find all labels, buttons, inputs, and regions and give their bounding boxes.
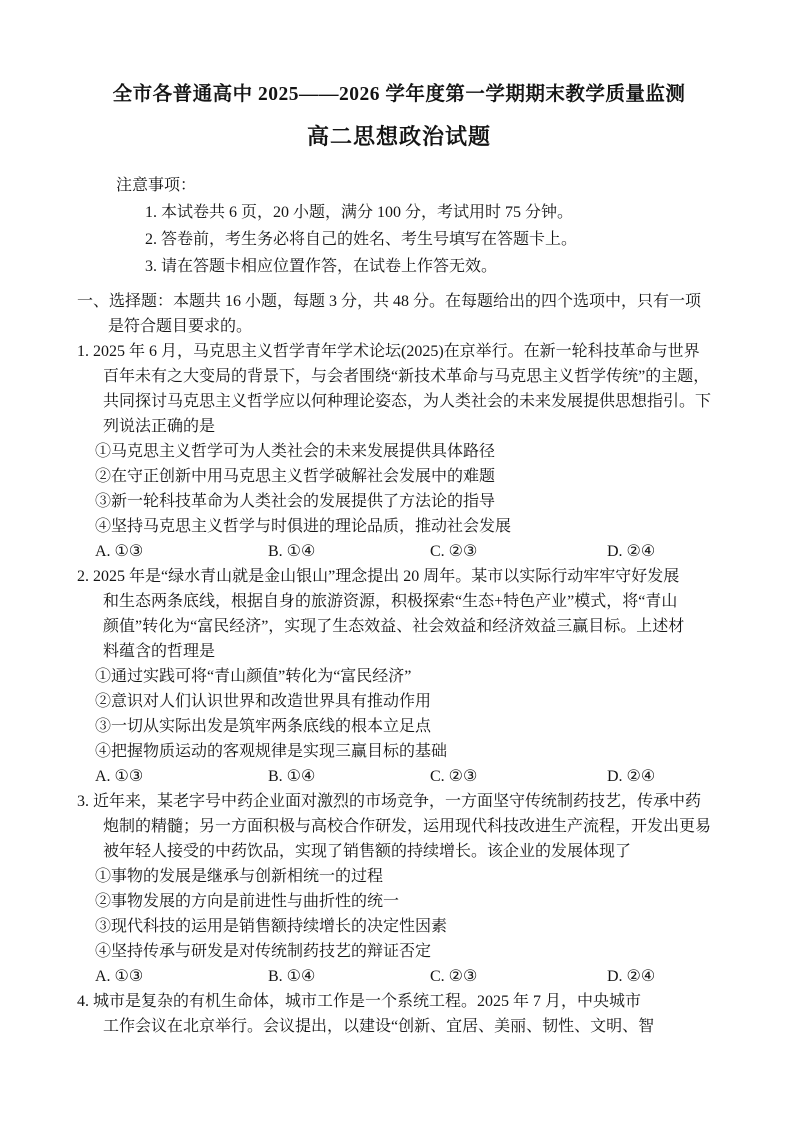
exam-title: 全市各普通高中 2025——2026 学年度第一学期期末教学质量监测 xyxy=(77,84,721,106)
question-1-option-2: ②在守正创新中用马克思主义哲学破解社会发展中的难题 xyxy=(77,464,721,489)
question-2-answer-c: C. ②③ xyxy=(430,764,607,789)
notice-block: 注意事项： 1. 本试卷共 6 页，20 小题，满分 100 分，考试用时 75… xyxy=(77,172,721,280)
question-2-stem-line: 料蕴含的哲理是 xyxy=(77,639,721,664)
question-4: 4. 城市是复杂的有机生命体，城市工作是一个系统工程。2025 年 7 月，中央… xyxy=(77,989,721,1039)
question-3-option-1: ①事物的发展是继承与创新相统一的过程 xyxy=(77,864,721,889)
question-3: 3. 近年来，某老字号中药企业面对激烈的市场竞争，一方面坚守传统制药技艺，传承中… xyxy=(77,789,721,989)
question-1-stem-line: 共同探讨马克思主义哲学应以何种理论姿态，为人类社会的未来发展提供思想指引。下 xyxy=(77,389,721,414)
question-1-option-4: ④坚持马克思主义哲学与时俱进的理论品质，推动社会发展 xyxy=(77,514,721,539)
question-1-option-1: ①马克思主义哲学可为人类社会的未来发展提供具体路径 xyxy=(77,439,721,464)
question-3-stem-line: 被年轻人接受的中药饮品，实现了销售额的持续增长。该企业的发展体现了 xyxy=(77,839,721,864)
question-2-stem-line: 颜值”转化为“富民经济”，实现了生态效益、社会效益和经济效益三赢目标。上述材 xyxy=(77,614,721,639)
question-1-answer-a: A. ①③ xyxy=(95,539,268,564)
notice-heading: 注意事项： xyxy=(77,172,721,199)
notice-item-3: 3. 请在答题卡相应位置作答，在试卷上作答无效。 xyxy=(77,253,721,280)
question-2-answer-b: B. ①④ xyxy=(268,764,430,789)
question-1-option-3: ③新一轮科技革命为人类社会的发展提供了方法论的指导 xyxy=(77,489,721,514)
question-4-stem-line: 工作会议在北京举行。会议提出，以建设“创新、宜居、美丽、韧性、文明、智 xyxy=(77,1014,721,1039)
question-3-answer-b: B. ①④ xyxy=(268,964,430,989)
notice-item-1: 1. 本试卷共 6 页，20 小题，满分 100 分，考试用时 75 分钟。 xyxy=(77,199,721,226)
notice-item-2: 2. 答卷前，考生务必将自己的姓名、考生号填写在答题卡上。 xyxy=(77,226,721,253)
question-2: 2. 2025 年是“绿水青山就是金山银山”理念提出 20 周年。某市以实际行动… xyxy=(77,564,721,789)
section-header-line-2: 是符合题目要求的。 xyxy=(77,314,721,339)
question-4-stem-line: 4. 城市是复杂的有机生命体，城市工作是一个系统工程。2025 年 7 月，中央… xyxy=(77,989,721,1014)
section-header-line-1: 一、选择题：本题共 16 小题，每题 3 分，共 48 分。在每题给出的四个选项… xyxy=(77,289,721,314)
question-1-answer-b: B. ①④ xyxy=(268,539,430,564)
question-1-stem-line: 百年未有之大变局的背景下，与会者围绕“新技术革命与马克思主义哲学传统”的主题， xyxy=(77,364,721,389)
question-2-option-4: ④把握物质运动的客观规律是实现三赢目标的基础 xyxy=(77,739,721,764)
question-body: 一、选择题：本题共 16 小题，每题 3 分，共 48 分。在每题给出的四个选项… xyxy=(77,289,721,1039)
question-3-answer-a: A. ①③ xyxy=(95,964,268,989)
question-3-answer-c: C. ②③ xyxy=(430,964,607,989)
question-1-answer-row: A. ①③ B. ①④ C. ②③ D. ②④ xyxy=(77,539,721,564)
question-1-answer-c: C. ②③ xyxy=(430,539,607,564)
question-3-stem-line: 3. 近年来，某老字号中药企业面对激烈的市场竞争，一方面坚守传统制药技艺，传承中… xyxy=(77,789,721,814)
question-1-stem-line: 1. 2025 年 6 月，马克思主义哲学青年学术论坛(2025)在京举行。在新… xyxy=(77,339,721,364)
question-1-answer-d: D. ②④ xyxy=(607,539,721,564)
exam-subtitle: 高二思想政治试题 xyxy=(77,123,721,151)
question-3-answer-row: A. ①③ B. ①④ C. ②③ D. ②④ xyxy=(77,964,721,989)
question-1: 1. 2025 年 6 月，马克思主义哲学青年学术论坛(2025)在京举行。在新… xyxy=(77,339,721,564)
question-3-answer-d: D. ②④ xyxy=(607,964,721,989)
question-3-stem-line: 炮制的精髓；另一方面积极与高校合作研发，运用现代科技改进生产流程，开发出更易 xyxy=(77,814,721,839)
question-2-answer-a: A. ①③ xyxy=(95,764,268,789)
question-3-option-2: ②事物发展的方向是前进性与曲折性的统一 xyxy=(77,889,721,914)
question-3-option-3: ③现代科技的运用是销售额持续增长的决定性因素 xyxy=(77,914,721,939)
question-2-option-2: ②意识对人们认识世界和改造世界具有推动作用 xyxy=(77,689,721,714)
question-2-option-3: ③一切从实际出发是筑牢两条底线的根本立足点 xyxy=(77,714,721,739)
question-3-option-4: ④坚持传承与研发是对传统制药技艺的辩证否定 xyxy=(77,939,721,964)
exam-paper-page: 全市各普通高中 2025——2026 学年度第一学期期末教学质量监测 高二思想政… xyxy=(0,0,793,1121)
question-2-stem-line: 和生态两条底线，根据自身的旅游资源，积极探索“生态+特色产业”模式，将“青山 xyxy=(77,589,721,614)
question-2-answer-row: A. ①③ B. ①④ C. ②③ D. ②④ xyxy=(77,764,721,789)
question-2-option-1: ①通过实践可将“青山颜值”转化为“富民经济” xyxy=(77,664,721,689)
question-1-stem-line: 列说法正确的是 xyxy=(77,414,721,439)
question-2-stem-line: 2. 2025 年是“绿水青山就是金山银山”理念提出 20 周年。某市以实际行动… xyxy=(77,564,721,589)
question-2-answer-d: D. ②④ xyxy=(607,764,721,789)
